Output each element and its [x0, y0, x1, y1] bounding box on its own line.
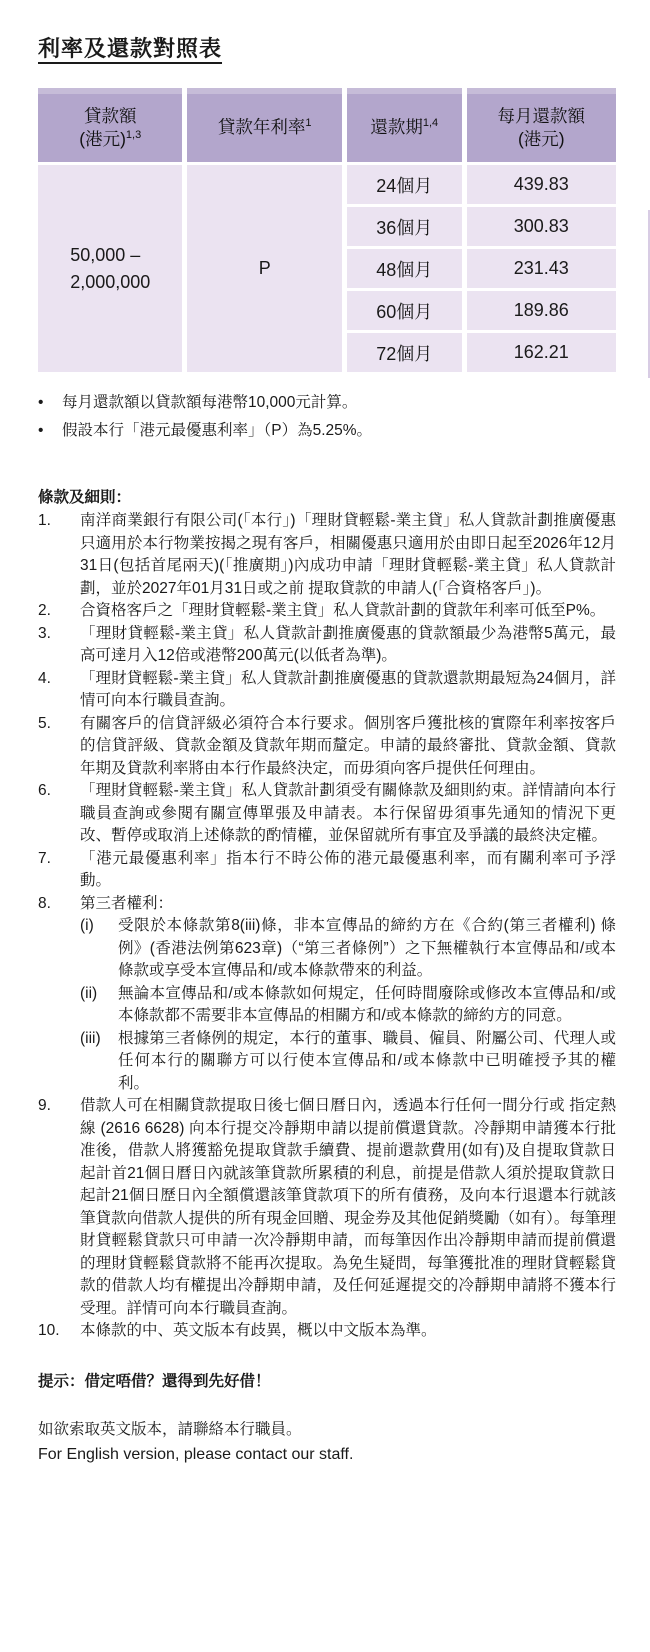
payment-cell: 189.86 — [467, 291, 616, 330]
term-subitem-ii: (ii) 無論本宣傳品和/或本條款如何規定，任何時間廢除或修改本宣傳品和/或本條… — [80, 983, 616, 1028]
term-text: 「理財貸輕鬆-業主貸」私人貸款計劃須受有關條款及細則約束。詳情請向本行職員查詢或… — [80, 780, 616, 848]
loan-amount-cell: 50,000 – 2,000,000 — [38, 165, 182, 372]
term-subitem-iii: (iii) 根據第三者條例的規定，本行的董事、職員、僱員、附屬公司、代理人或任何… — [80, 1028, 616, 1096]
column-loan-amount: 貸款額 (港元)1,3 50,000 – 2,000,000 — [38, 88, 182, 372]
column-repayment-period: 還款期1,4 24個月 36個月 48個月 60個月 72個月 — [347, 88, 462, 372]
terms-list: 1. 南洋商業銀行有限公司(「本行」)「理財貸輕鬆-業主貸」私人貸款計劃推廣優惠… — [38, 510, 616, 1343]
term-text: 「理財貸輕鬆-業主貸」私人貸款計劃推廣優惠的貸款還款期最短為24個月，詳情可向本… — [80, 668, 616, 713]
term-text: 「理財貸輕鬆-業主貸」私人貸款計劃推廣優惠的貸款額最少為港幣5萬元，最高可達月入… — [80, 623, 616, 668]
term-text: 有關客戶的信貸評級必須符合本行要求。個別客戶獲批核的實際年利率按客戶的信貸評級、… — [80, 713, 616, 781]
chinese-contact-note: 如欲索取英文版本，請聯絡本行職員。 — [38, 1418, 616, 1441]
document-page: 利率及還款對照表 貸款額 (港元)1,3 50,000 – 2,000,000 — [0, 0, 650, 1652]
loan-amount-line2: 2,000,000 — [70, 269, 150, 295]
header-text: 還款期 — [370, 117, 423, 137]
note-text: 每月還款額以貸款額每港幣10,000元計算。 — [62, 389, 357, 417]
payment-cell: 300.83 — [467, 207, 616, 246]
column-header-annual-rate: 貸款年利率1 — [187, 88, 341, 162]
term-number: 9. — [38, 1095, 80, 1320]
terms-heading: 條款及細則： — [38, 487, 616, 509]
term-text: 本條款的中、英文版本有歧異，概以中文版本為準。 — [80, 1320, 616, 1343]
header-text: 每月還款額 — [498, 106, 586, 126]
lending-warning-tip: 提示：借定唔借？還得到先好借！ — [38, 1370, 616, 1393]
term-text: 第三者權利： (i) 受限於本條款第8(iii)條，非本宣傳品的締約方在《合約(… — [80, 893, 616, 1096]
payment-cell: 162.21 — [467, 333, 616, 372]
term-item-10: 10. 本條款的中、英文版本有歧異，概以中文版本為準。 — [38, 1320, 616, 1343]
header-text: (港元) — [79, 129, 126, 149]
term-item-1: 1. 南洋商業銀行有限公司(「本行」)「理財貸輕鬆-業主貸」私人貸款計劃推廣優惠… — [38, 510, 616, 600]
note-item: • 每月還款額以貸款額每港幣10,000元計算。 — [38, 389, 616, 417]
term-text-lead: 第三者權利： — [80, 895, 173, 912]
term-number: 7. — [38, 848, 80, 893]
term-number: 2. — [38, 600, 80, 623]
subitem-number: (ii) — [80, 983, 118, 1028]
header-superscript: 1,3 — [126, 129, 141, 141]
term-cell: 60個月 — [347, 291, 462, 330]
column-header-loan-amount: 貸款額 (港元)1,3 — [38, 88, 182, 162]
term-cell: 72個月 — [347, 333, 462, 372]
term-number: 4. — [38, 668, 80, 713]
subitem-text: 無論本宣傳品和/或本條款如何規定，任何時間廢除或修改本宣傳品和/或本條款都不需要… — [118, 983, 616, 1028]
subitem-number: (i) — [80, 915, 118, 983]
rate-table: 貸款額 (港元)1,3 50,000 – 2,000,000 貸款年利率1 P — [38, 88, 616, 372]
term-number: 5. — [38, 713, 80, 781]
term-number: 10. — [38, 1320, 80, 1343]
term-number: 3. — [38, 623, 80, 668]
subitem-number: (iii) — [80, 1028, 118, 1096]
term-item-5: 5. 有關客戶的信貸評級必須符合本行要求。個別客戶獲批核的實際年利率按客戶的信貸… — [38, 713, 616, 781]
term-number: 1. — [38, 510, 80, 600]
term-cell: 48個月 — [347, 249, 462, 288]
english-contact-note: For English version, please contact our … — [38, 1443, 616, 1467]
loan-amount-line1: 50,000 – — [70, 242, 150, 268]
payment-cell: 439.83 — [467, 165, 616, 204]
payment-cell: 231.43 — [467, 249, 616, 288]
bullet-icon: • — [38, 417, 62, 445]
note-item: • 假設本行「港元最優惠利率」（P）為5.25%。 — [38, 417, 616, 445]
column-header-repayment-period: 還款期1,4 — [347, 88, 462, 162]
bullet-icon: • — [38, 389, 62, 417]
term-item-2: 2. 合資格客戶之「理財貸輕鬆-業主貸」私人貸款計劃的貸款年利率可低至P%。 — [38, 600, 616, 623]
term-item-3: 3. 「理財貸輕鬆-業主貸」私人貸款計劃推廣優惠的貸款額最少為港幣5萬元，最高可… — [38, 623, 616, 668]
term-item-8: 8. 第三者權利： (i) 受限於本條款第8(iii)條，非本宣傳品的締約方在《… — [38, 893, 616, 1096]
term-item-7: 7. 「港元最優惠利率」指本行不時公佈的港元最優惠利率，而有關利率可予浮動。 — [38, 848, 616, 893]
term-number: 8. — [38, 893, 80, 1096]
header-superscript: 1 — [305, 118, 311, 130]
header-text: 貸款年利率 — [218, 117, 306, 137]
page-title: 利率及還款對照表 — [38, 34, 222, 64]
header-text: (港元) — [518, 129, 565, 149]
column-monthly-payment: 每月還款額 (港元) 439.83 300.83 231.43 189.86 1… — [467, 88, 616, 372]
term-number: 6. — [38, 780, 80, 848]
rate-cell: P — [187, 165, 341, 372]
column-annual-rate: 貸款年利率1 P — [187, 88, 341, 372]
subitem-text: 根據第三者條例的規定，本行的董事、職員、僱員、附屬公司、代理人或任何本行的關聯方… — [118, 1028, 616, 1096]
term-cell: 36個月 — [347, 207, 462, 246]
header-text: 貸款額 — [84, 106, 137, 126]
term-item-9: 9. 借款人可在相關貸款提取日後七個日曆日內，透過本行任何一間分行或 指定熱線 … — [38, 1095, 616, 1320]
term-text: 合資格客戶之「理財貸輕鬆-業主貸」私人貸款計劃的貸款年利率可低至P%。 — [80, 600, 616, 623]
term-text: 南洋商業銀行有限公司(「本行」)「理財貸輕鬆-業主貸」私人貸款計劃推廣優惠只適用… — [80, 510, 616, 600]
term-text: 借款人可在相關貸款提取日後七個日曆日內，透過本行任何一間分行或 指定熱線 (26… — [80, 1095, 616, 1320]
term-cell: 24個月 — [347, 165, 462, 204]
column-header-monthly-payment: 每月還款額 (港元) — [467, 88, 616, 162]
subitem-text: 受限於本條款第8(iii)條，非本宣傳品的締約方在《合約(第三者權利) 條例》(… — [118, 915, 616, 983]
term-item-4: 4. 「理財貸輕鬆-業主貸」私人貸款計劃推廣優惠的貸款還款期最短為24個月，詳情… — [38, 668, 616, 713]
header-superscript: 1,4 — [423, 118, 438, 130]
term-item-6: 6. 「理財貸輕鬆-業主貸」私人貸款計劃須受有關條款及細則約束。詳情請向本行職員… — [38, 780, 616, 848]
table-notes: • 每月還款額以貸款額每港幣10,000元計算。 • 假設本行「港元最優惠利率」… — [38, 389, 616, 445]
note-text: 假設本行「港元最優惠利率」（P）為5.25%。 — [62, 417, 372, 445]
term-text: 「港元最優惠利率」指本行不時公佈的港元最優惠利率，而有關利率可予浮動。 — [80, 848, 616, 893]
term-subitem-i: (i) 受限於本條款第8(iii)條，非本宣傳品的締約方在《合約(第三者權利) … — [80, 915, 616, 983]
